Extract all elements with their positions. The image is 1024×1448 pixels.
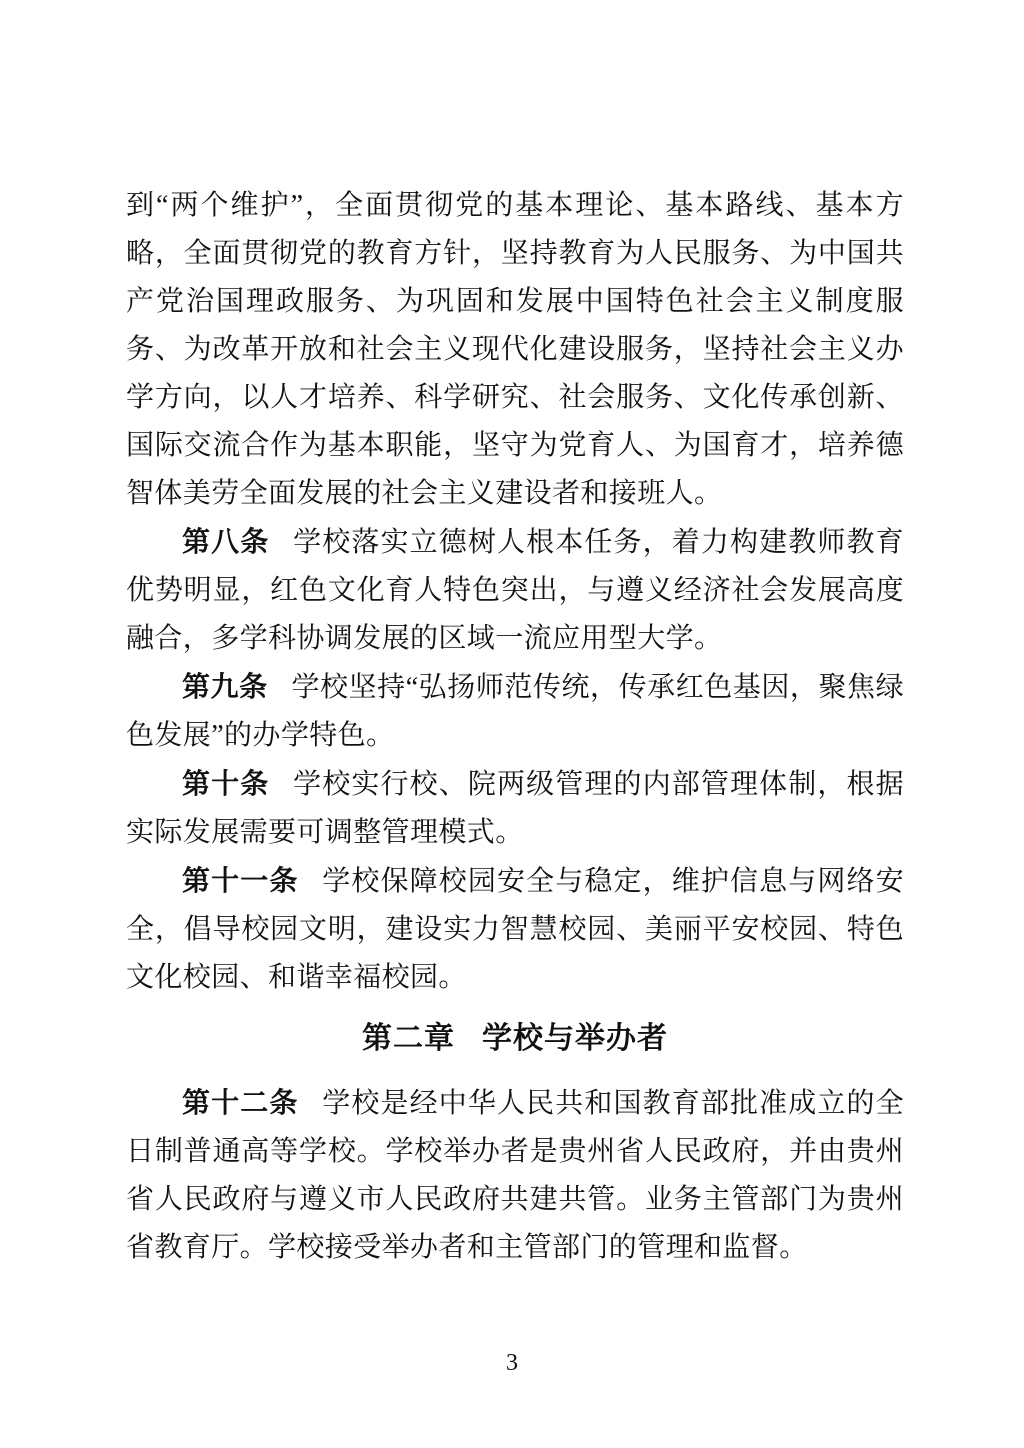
- paragraph: 到“两个维护”，全面贯彻党的基本理论、基本路线、基本方略，全面贯彻党的教育方针，…: [126, 182, 904, 518]
- article-number: 第九条: [182, 671, 268, 702]
- article-number: 第八条: [182, 526, 269, 557]
- article-number: 第十一条: [182, 865, 298, 896]
- paragraph: 第十条学校实行校、院两级管理的内部管理体制，根据实际发展需要可调整管理模式。: [126, 760, 904, 857]
- paragraph: 第十一条学校保障校园安全与稳定，维护信息与网络安全，倡导校园文明，建设实力智慧校…: [126, 857, 904, 1002]
- chapter-heading: 第二章学校与举办者: [126, 1015, 904, 1063]
- paragraph-text: 到“两个维护”，全面贯彻党的基本理论、基本路线、基本方略，全面贯彻党的教育方针，…: [126, 190, 904, 509]
- chapter-title: 学校与举办者: [482, 1022, 668, 1055]
- paragraph: 第九条学校坚持“弘扬师范传统，传承红色基因，聚焦绿色发展”的办学特色。: [126, 663, 904, 760]
- document-content: 到“两个维护”，全面贯彻党的基本理论、基本路线、基本方略，全面贯彻党的教育方针，…: [126, 182, 904, 1272]
- chapter-number: 第二章: [362, 1022, 455, 1055]
- article-number: 第十条: [182, 768, 269, 799]
- document-page: 到“两个维护”，全面贯彻党的基本理论、基本路线、基本方略，全面贯彻党的教育方针，…: [0, 0, 1024, 1448]
- paragraph: 第十二条学校是经中华人民共和国教育部批准成立的全日制普通高等学校。学校举办者是贵…: [126, 1079, 904, 1272]
- article-number: 第十二条: [182, 1087, 298, 1118]
- paragraph: 第八条学校落实立德树人根本任务，着力构建教师教育优势明显，红色文化育人特色突出，…: [126, 518, 904, 663]
- page-number: 3: [0, 1348, 1024, 1378]
